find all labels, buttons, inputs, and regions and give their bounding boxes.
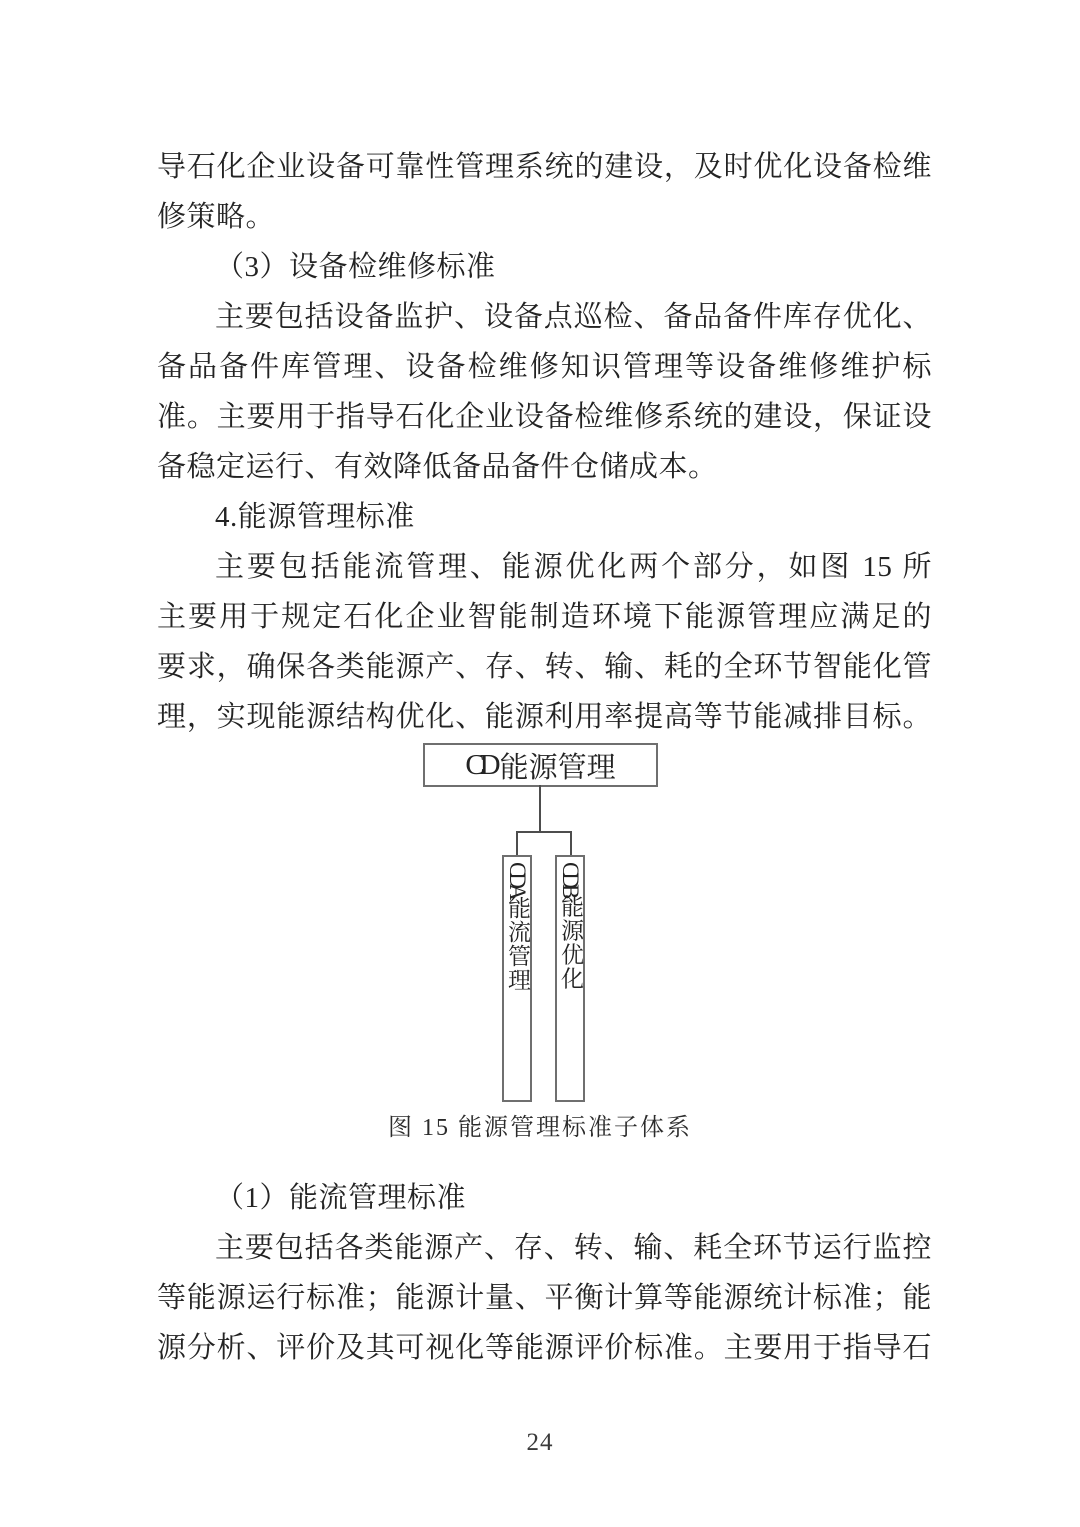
text-line: 准。主要用于指导石化企业设备检维修系统的建设，保证设 <box>157 392 932 442</box>
text-line: 理，实现能源结构优化、能源利用率提高等节能减排目标。 <box>157 692 932 742</box>
diagram-child-box-energy-optimization: CDB能源优化 <box>555 855 585 1102</box>
heading-energy-flow-standard: （1）能流管理标准 <box>157 1173 932 1223</box>
body-text-upper: 导石化企业设备可靠性管理系统的建设，及时优化设备检维 修策略。 （3）设备检维修… <box>0 0 1080 742</box>
connector-right-stub-line <box>570 831 572 855</box>
diagram-root-label: 能源管理 <box>500 745 616 786</box>
diagram-child-right-text: CDB能源优化 <box>557 857 583 1100</box>
text-line: 备稳定运行、有效降低备品备件仓储成本。 <box>157 442 932 492</box>
diagram-root-code: CD <box>465 749 495 782</box>
connector-horizontal-bar <box>516 831 572 833</box>
connector-left-stub-line <box>516 831 518 855</box>
text-line: 导石化企业设备可靠性管理系统的建设，及时优化设备检维 <box>157 142 932 192</box>
text-line: 源分析、评价及其可视化等能源评价标准。主要用于指导石 <box>157 1323 932 1373</box>
text-line: 修策略。 <box>157 192 932 242</box>
text-line: 要求，确保各类能源产、存、转、输、耗的全环节智能化管 <box>157 642 932 692</box>
body-text-lower: （1）能流管理标准 主要包括各类能源产、存、转、输、耗全环节运行监控 等能源运行… <box>0 1173 1080 1373</box>
text-line: 主要用于规定石化企业智能制造环境下能源管理应满足的 <box>157 592 932 642</box>
diagram-child-left-label: 能流管理 <box>505 896 530 992</box>
diagram-child-right-code: CDB <box>558 862 583 894</box>
heading-energy-management-standard: 4.能源管理标准 <box>157 492 932 542</box>
diagram-child-left-code: CDA <box>505 862 530 896</box>
heading-equipment-maintenance-standard: （3）设备检维修标准 <box>157 242 932 292</box>
diagram-child-right-label: 能源优化 <box>558 894 583 990</box>
text-line: 主要包括能流管理、能源优化两个部分，如图 15 所示。 <box>157 542 932 592</box>
connector-root-vertical-line <box>539 785 541 831</box>
document-page: 导石化企业设备可靠性管理系统的建设，及时优化设备检维 修策略。 （3）设备检维修… <box>0 0 1080 1527</box>
diagram-root-box: CD 能源管理 <box>423 743 658 787</box>
text-line: 主要包括各类能源产、存、转、输、耗全环节运行监控 <box>157 1223 932 1273</box>
text-line: 备品备件库管理、设备检维修知识管理等设备维修维护标 <box>157 342 932 392</box>
figure-caption: 图 15 能源管理标准子体系 <box>0 1113 1080 1143</box>
figure-energy-management-diagram: CD 能源管理 CDA能流管理 CDB能源优化 <box>0 742 1080 1100</box>
text-line: 等能源运行标准；能源计量、平衡计算等能源统计标准；能 <box>157 1273 932 1323</box>
text-line: 主要包括设备监护、设备点巡检、备品备件库存优化、 <box>157 292 932 342</box>
page-number: 24 <box>0 1428 1080 1458</box>
diagram-child-left-text: CDA能流管理 <box>504 857 530 1100</box>
diagram-child-box-energy-flow: CDA能流管理 <box>502 855 532 1102</box>
